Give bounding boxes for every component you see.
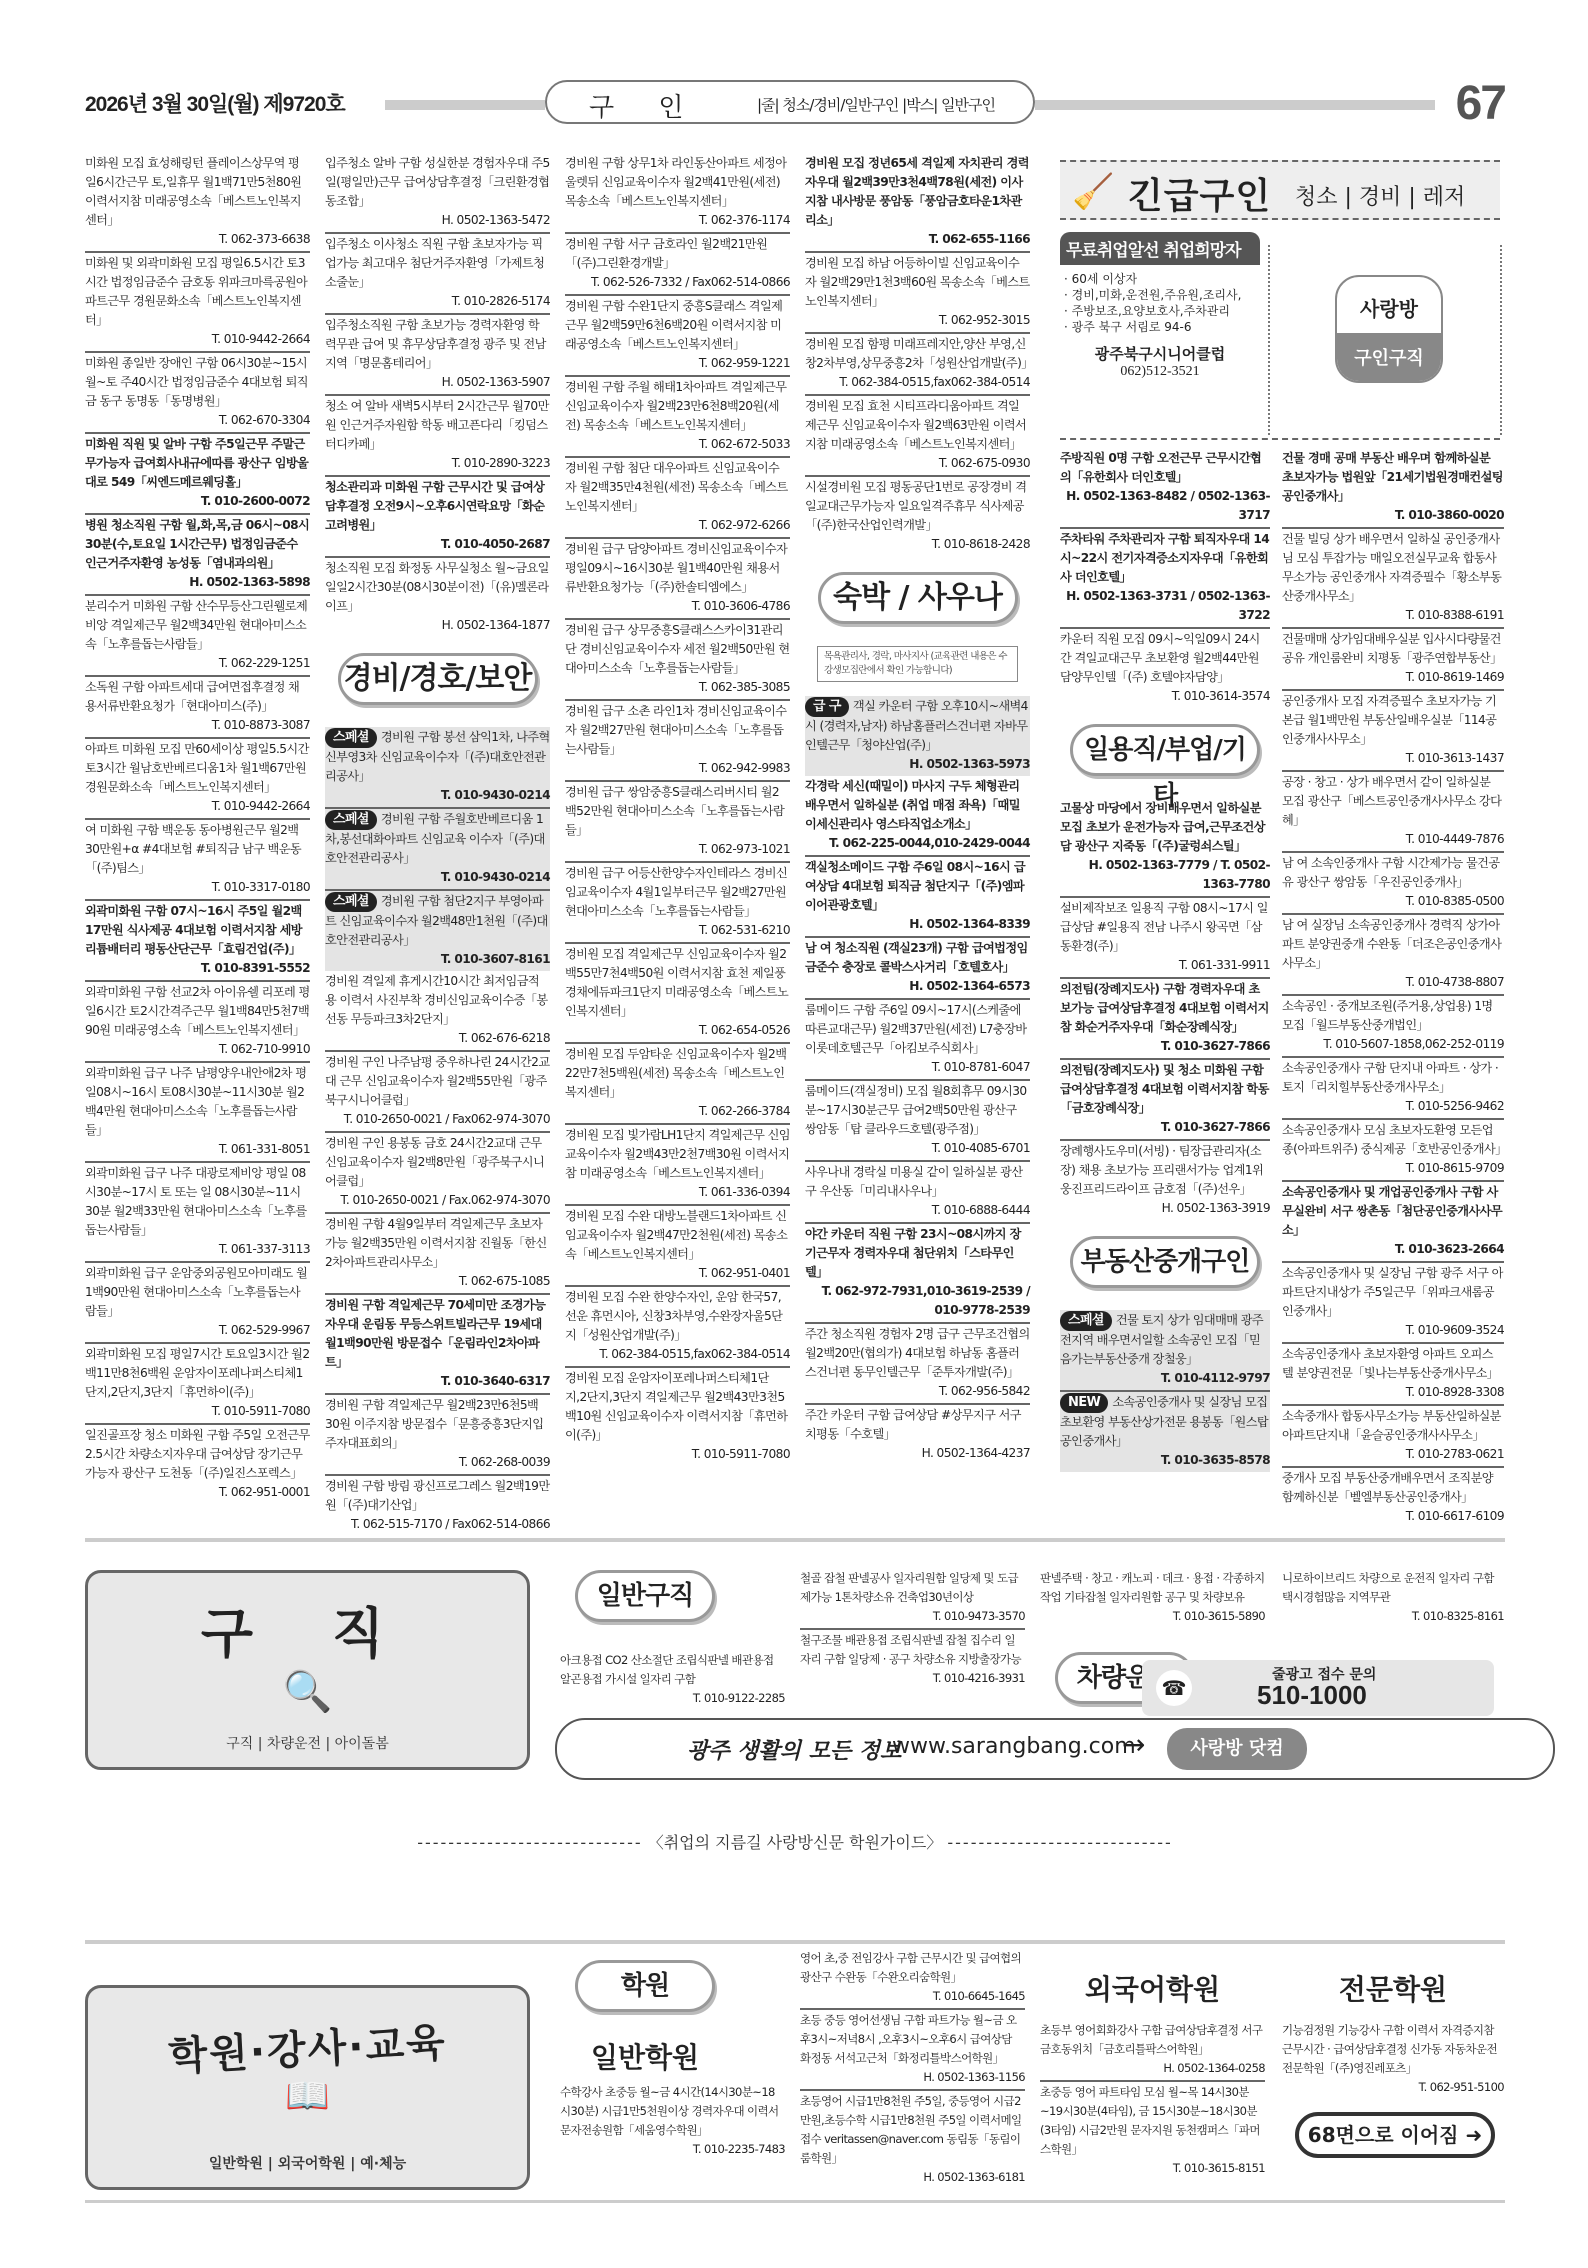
job-ad: 경비원 모집 효천 시티프라디움아파트 격일제근무 신임교육이수자 월2백63만… — [805, 396, 1030, 477]
ad-phone[interactable]: T. 061-337-3113 — [85, 1240, 310, 1259]
badge-special: 스페셜 — [1060, 1311, 1112, 1331]
ad-text: 아파트 미화원 모집 만60세이상 평일5.5시간 토3시간 월남호반베르디움1… — [85, 742, 309, 794]
ad-text: 경비원 모집 격일제근무 신임교육이수자 월2백55만7천4백50원 이력서지참… — [565, 947, 788, 1018]
ad-phone[interactable]: T. 062-385-3085 — [565, 678, 790, 697]
ad-phone[interactable]: T. 010-5911-7080 — [565, 1445, 790, 1464]
column-realestate: 건물 경매 공매 부동산 배우며 함께하실분 초보자가능 법원앞「21세기법원경… — [1282, 448, 1504, 1528]
job-ad: 남 여 소속인중개사 구함 시간제가능 물건공유 광산구 쌍암동「우진공인중개사… — [1282, 853, 1504, 915]
ad-text: 경비원 급구 상무중흥S클래스스카이31관리단 경비신임교육이수자 세전 월2백… — [565, 623, 790, 675]
ad-phone[interactable]: T. 010-6645-1645 — [800, 1987, 1025, 2006]
ad-phone[interactable]: T. 010-8388-6191 — [1282, 606, 1504, 625]
ad-text: 소속공인중개사 모심 초보자도환영 모든업종(아파트위주) 중식제공「호반공인중… — [1282, 1123, 1507, 1156]
job-ad: 소속공인중개사 및 실장님 구함 광주 서구 아파트단지내상가 주5일근무「위파… — [1282, 1263, 1504, 1344]
ad-text: 건물 경매 공매 부동산 배우며 함께하실분 초보자가능 법원앞「21세기법원경… — [1282, 451, 1503, 503]
job-ad: 입주청소 알바 구함 성실한분 경험자우대 주5일(평일만)근무 급여상담후결정… — [325, 153, 550, 234]
ad-text: 경비원 급구 담양아파트 경비신임교육이수자 평일09시~16시30분 월1백4… — [565, 542, 787, 594]
general-search-ads: 아크용접 CO2 산소절단 조립식판넬 배관용접 알곤용접 가시설 일자리 구함… — [560, 1650, 785, 1710]
ad-phone[interactable]: T. 062-515-7170 / Fax062-514-0866 — [325, 1515, 550, 1534]
ad-phone[interactable]: T. 010-5911-7080 — [85, 1402, 310, 1421]
job-ad: 영어 초,중 전임강사 구함 근무시간 및 급여협의 광산구 수완동「수완오리숨… — [800, 1948, 1025, 2010]
job-ad: 경비원 구함 4월9일부터 격일제근무 초보자가능 월2백35만원 이력서지참 … — [325, 1214, 550, 1295]
job-ad: 아파트 미화원 모집 만60세이상 평일5.5시간 토3시간 월남호반베르디움1… — [85, 739, 310, 820]
job-ad: 소속공인중개사 구함 단지내 아파트 · 상가 · 토지「리치힐부동산중개사무소… — [1282, 1058, 1504, 1120]
ad-text: 경비원 모집 수완 대방노블랜드1차아파트 신임교육이수자 월2백47만2천원(… — [565, 1209, 787, 1261]
job-ad: 룸메이드(객실정비) 모집 월8회휴무 09시30분~17시30분근무 급여2백… — [805, 1081, 1030, 1162]
ad-phone[interactable]: T. 062-225-0044,010-2429-0044 — [805, 834, 1030, 853]
ad-text: 청소관리과 미화원 구함 근무시간 및 급여상담후결정 오전9시~오후6시연락요… — [325, 480, 544, 532]
badge-special: 급 구 — [805, 697, 849, 717]
ad-text: 건물 빌딩 상가 배우면서 일하실 공인중개사님 모심 투잡가능 매일오전실무교… — [1282, 532, 1501, 603]
ad-text: 의전팀(장례지도사) 구함 경력자우대 초보가능 급여상담후결정 4대보험 이력… — [1060, 982, 1269, 1034]
website-url[interactable]: www.sarangbang.com — [892, 1734, 1136, 1759]
page-header: 2026년 3월 30일(월) 제9720호 구 인 |줄| 청소/경비/일반구… — [85, 80, 1505, 128]
ad-phone[interactable]: T. 010-9122-2285 — [560, 1689, 785, 1708]
job-ad: 각경락 세신(때밀이) 마사지 구두 체형관리 배우면서 일하실분 (취업 매점… — [805, 776, 1030, 857]
job-ad: 건물매매 상가임대배우실분 입사시다량물건공유 개인룸완비 치평동「광주연합부동… — [1282, 629, 1504, 691]
job-ad: 소속공인중개사 및 개업공인중개사 구함 사무실완비 서구 쌍촌동「첨단공인중개… — [1282, 1182, 1504, 1263]
ad-phone[interactable]: T. 062-951-5100 — [1282, 2078, 1504, 2097]
ad-text: 경비원 구함 상무1차 라인동산아파트 세정아울렛뒤 신임교육이수자 월2백41… — [565, 156, 786, 208]
job-ad: 미화원 모집 효성해링턴 플레이스상무역 평일6시간근무 토,일휴무 월1백71… — [85, 153, 310, 253]
section-header-academy: 학원 — [575, 1960, 715, 2012]
ad-phone[interactable]: T. 010-2235-7483 — [560, 2140, 785, 2159]
job-ad: 경비원 구인 나주남평 중우하나린 24시간2교대 근무 신임교육이수자 월2백… — [325, 1052, 550, 1133]
senior-club-box: 무료취업알선 취업희망자 · 60세 이상자 · 경비,미화,운전원,주유원,조… — [1060, 232, 1260, 432]
badge-new: NEW — [1060, 1393, 1108, 1413]
job-ad: 외곽미화원 구함 선교2차 아이유쉘 리포레 평일6시간 토2시간격주근무 월1… — [85, 982, 310, 1063]
academy-sub: 일반학원 | 외국어학원 | 예·체능 — [88, 2153, 527, 2173]
ad-text: 니로하이브리드 차량으로 운전직 일자리 구함 택시경험많음 지역무관 — [1282, 1571, 1494, 1604]
ad-phone[interactable]: T. 062-972-6266 — [565, 516, 790, 535]
ad-phone[interactable]: T. 062-526-7332 / Fax062-514-0866 — [565, 273, 790, 292]
job-ad: 룸메이드 구함 주6일 09시~17시(스케줄에따른교대근무) 월2백37만원(… — [805, 1000, 1030, 1081]
club-phone: 062)512-3521 — [1060, 364, 1260, 380]
ad-phone[interactable]: H. 0502-1363-1156 — [800, 2068, 1025, 2087]
section-title: 구 인 — [589, 87, 702, 124]
job-ad: 경비원 구함 첨단 대우아파트 신임교육이수자 월2백35만4천원(세전) 목송… — [565, 458, 790, 539]
job-ad: 스페셜건물 토지 상가 임대매매 광주전지역 배우면서일할 소속공인 모집「믿음… — [1060, 1310, 1270, 1392]
job-ad: 소속중개사 합동사무소가능 부동산일하실분 아파트단지내「윤슬공인중개사사무소」… — [1282, 1406, 1504, 1468]
badge-special: 스페셜 — [325, 810, 377, 830]
ad-text: 경비원 모집 수완 한양수자인, 운암 한국57,선운 휴먼시아, 신창3차부영… — [565, 1290, 782, 1342]
ad-phone[interactable]: T. 010-9442-2664 — [85, 330, 310, 349]
ad-phone[interactable]: T. 062-654-0526 — [565, 1021, 790, 1040]
ad-text: 소독원 구함 아파트세대 급여면접후결정 채용서류반환요청가「현대아미스(주)」 — [85, 680, 299, 713]
job-ad: 미화원 직원 및 알바 구함 주5일근무 주말근무가능자 급여회사내규에따름 광… — [85, 434, 310, 515]
ad-text: 병원 청소직원 구함 월,화,목,금 06시~08시30분(수,토요일 1시간근… — [85, 518, 309, 570]
job-ad: 경비원 구함 방림 광신프로그레스 월2백19만원「(주)대기산업」T. 062… — [325, 1476, 550, 1536]
ad-text: 철구조물 배관용접 조립식판넬 잡철 집수리 일자리 구함 일당제 · 공구 차… — [800, 1633, 1021, 1666]
ad-phone[interactable]: H. 0502-1364-8339 — [805, 915, 1030, 934]
ad-phone[interactable]: T. 062-384-0515,fax062-384-0514 — [565, 1345, 790, 1364]
ad-text: 여 미화원 구함 백운동 동아병원근무 월2백30만원+α #4대보험 #퇴직금… — [85, 823, 301, 875]
job-ad: 소속공인중개사 모심 초보자도환영 모든업종(아파트위주) 중식제공「호반공인중… — [1282, 1120, 1504, 1182]
job-ad: 객실청소메이드 구함 주6일 08시~16시 급여상담 4대보험 퇴직금 첨단지… — [805, 857, 1030, 938]
ad-text: 경비원 모집 두암타운 신임교육이수자 월2백22만7천5백원(세전) 목송소속… — [565, 1047, 786, 1099]
ad-phone[interactable]: T. 062-373-6638 — [85, 230, 310, 249]
sarangbang-dotcom-button[interactable]: 사랑방 닷컴 — [1167, 1728, 1307, 1770]
ad-phone[interactable]: T. 062-956-5842 — [805, 1382, 1030, 1401]
ad-phone[interactable]: H. 0502-1363-3919 — [1060, 1199, 1270, 1218]
job-ad: 경비원 구함 수완1단지 중흥S클래스 격일제근무 월2백59만6천6백20원 … — [565, 296, 790, 377]
ad-phone[interactable]: T. 010-3615-5890 — [1040, 1607, 1265, 1626]
ad-text: 수학강사 초중등 월~금 4시간(14시30분~18시30분) 시급1만5천원이… — [560, 2085, 779, 2137]
job-ad: 초중등 영어 파트타임 모심 월~목 14시30분~19시30분(4타임), 금… — [1040, 2082, 1265, 2180]
job-ad: 미화원 종일반 장애인 구함 06시30분~15시 월~토 주40시간 법정임금… — [85, 353, 310, 434]
ad-text: 경비원 모집 효천 시티프라디움아파트 격일제근무 신임교육이수자 월2백63만… — [805, 399, 1026, 451]
section-header-lodging: 숙박 / 사우나 — [818, 572, 1018, 624]
ad-phone[interactable]: T. 010-4050-2687 — [325, 535, 550, 554]
job-ad: 소속공인 · 중개보조원(주거용,상업용) 1명 모집「월드부동산중개법인」T.… — [1282, 996, 1504, 1058]
ad-phone[interactable]: H. 0502-1364-1877 — [325, 616, 550, 635]
ad-phone[interactable]: T. 062-531-6210 — [565, 921, 790, 940]
ad-phone[interactable]: T. 010-9609-3524 — [1282, 1321, 1504, 1340]
ad-phone[interactable]: T. 062-952-3015 — [805, 311, 1030, 330]
column-cleaning-security: 입주청소 알바 구함 성실한분 경험자우대 주5일(평일만)근무 급여상담후결정… — [325, 153, 550, 1536]
subhead-specialty: 전문학원 — [1282, 1968, 1504, 2008]
job-search-title: 구 직 — [88, 1591, 527, 1668]
ad-phone[interactable]: T. 010-3614-3574 — [1060, 687, 1270, 706]
ad-text: 남 여 소속인중개사 구함 시간제가능 물건공유 광산구 쌍암동「우진공인중개사… — [1282, 856, 1500, 889]
ad-text: 카운터 직원 모집 09시~익일09시 24시간 격일교대근무 초보환영 월2백… — [1060, 632, 1260, 684]
ad-text: 주차타워 주차관리자 구함 퇴직자우대 14시~22시 전기자격증소지자우대「유… — [1060, 532, 1269, 584]
subhead-foreign-language: 외국어학원 — [1040, 1968, 1265, 2008]
ad-text: 미화원 종일반 장애인 구함 06시30분~15시 월~토 주40시간 법정임금… — [85, 356, 308, 408]
ad-text: 소속공인중개사 구함 단지내 아파트 · 상가 · 토지「리치힐부동산중개사무소… — [1282, 1061, 1498, 1094]
ad-text: 미화원 및 외곽미화원 모집 평일6.5시간 토3시간 법정임금준수 금호동 위… — [85, 256, 307, 327]
job-ad: 초등부 영어회화강사 구함 급여상담후결정 서구 금호동위치「금호리틀팍스어학원… — [1040, 2020, 1265, 2082]
ad-phone[interactable]: H. 0502-1364-4237 — [805, 1444, 1030, 1463]
ad-phone[interactable]: T. 062-675-1085 — [325, 1272, 550, 1291]
ad-phone[interactable]: H. 0502-1363-5973 — [805, 755, 1030, 774]
ad-text: 외곽미화원 급구 운암중외공원모아미래도 월1백90만원 현대아미스소속「노후를… — [85, 1266, 307, 1318]
column-hotel-daily: 주방직원 0명 구함 오전근무 근무시간협의「유한회사 더인호텔」H. 0502… — [1060, 448, 1270, 1472]
ad-phone[interactable]: T. 010-3613-1437 — [1282, 749, 1504, 768]
ad-text: 건물매매 상가임대배우실분 입사시다량물건공유 개인룸완비 치평동「광주연합부동… — [1282, 632, 1502, 665]
divider — [85, 1940, 1505, 1944]
job-search-sub: 구직 | 차량운전 | 아이돌봄 — [88, 1733, 527, 1753]
ad-phone[interactable]: T. 062-376-1174 — [565, 211, 790, 230]
ad-phone[interactable]: H. 0502-1363-5907 — [325, 373, 550, 392]
ad-phone[interactable]: T. 010-2826-5174 — [325, 292, 550, 311]
job-ad: 경비원 구함 격일제근무 월2백23만6천5백30원 이주지참 방문접수「문흥중… — [325, 1395, 550, 1476]
job-ad: 건물 경매 공매 부동산 배우며 함께하실분 초보자가능 법원앞「21세기법원경… — [1282, 448, 1504, 529]
ad-text: 경비원 모집 하남 어등하이빌 신임교육이수자 월2백29만1천3백60원 목송… — [805, 256, 1030, 308]
section-subtitle: |줄| 청소/경비/일반구인 |박스| 일반구인 — [757, 94, 995, 115]
ad-phone[interactable]: T. 062-268-0039 — [325, 1453, 550, 1472]
ad-phone[interactable]: T. 062-959-1221 — [565, 354, 790, 373]
job-ad: 의전팀(장례지도사) 및 청소 미화원 구함 급여상담후결정 4대보험 이력서지… — [1060, 1060, 1270, 1141]
ad-phone[interactable]: T. 010-8385-0500 — [1282, 892, 1504, 911]
club-name: 광주북구시니어클럽 — [1060, 343, 1260, 364]
job-ad: 장례행사도우미(서빙) · 팀장급관리자(소장) 채용 초보가능 프리랜서가능 … — [1060, 1141, 1270, 1220]
page-number: 67 — [1456, 76, 1505, 131]
section-header-daily: 일용직/부업/기타 — [1070, 724, 1260, 776]
ad-text: 경비원 모집 함평 미래프레지안,양산 부영,신창2차부영,상무중흥2차「성원산… — [805, 337, 1033, 370]
ad-text: 청소직원 모집 화정동 사무실청소 월~금요일 일일2시간30분(08시30분이… — [325, 561, 549, 613]
job-ad: 분리수거 미화원 구함 산수무등산그린웰로제비앙 격일제근무 월2백34만원 현… — [85, 596, 310, 677]
job-ad: 청소 여 알바 새벽5시부터 2시간근무 월70만원 인근거주자원함 학동 배고… — [325, 396, 550, 477]
job-ad: 경비원 구함 상무1차 라인동산아파트 세정아울렛뒤 신임교육이수자 월2백41… — [565, 153, 790, 234]
ad-text: 소속공인중개사 및 개업공인중개사 구함 사무실완비 서구 쌍촌동「첨단공인중개… — [1282, 1185, 1502, 1237]
ad-phone[interactable]: T. 010-2890-3223 — [325, 454, 550, 473]
ad-phone[interactable]: T. 010-8619-1469 — [1282, 668, 1504, 687]
ad-text: 소속공인중개사 및 실장님 구함 광주 서구 아파트단지내상가 주5일근무「위파… — [1282, 1266, 1503, 1318]
job-ad: 외곽미화원 급구 나주 대광로제비앙 평일 08시30분~17시 토 또는 일 … — [85, 1163, 310, 1263]
ad-phone[interactable]: T. 062-670-3304 — [85, 411, 310, 430]
ad-text: 분리수거 미화원 구함 산수무등산그린웰로제비앙 격일제근무 월2백34만원 현… — [85, 599, 307, 651]
ad-phone[interactable]: T. 010-4738-8807 — [1282, 973, 1504, 992]
job-ad: 외곽미화원 모집 평일7시간 토요일3시간 월2백11만8천6백원 운암자이포레… — [85, 1344, 310, 1425]
ad-text: 외곽미화원 급구 나주 남평양우내안애2차 평일08시~16시 토08시30분~… — [85, 1066, 306, 1137]
website-banner[interactable]: 광주 생활의 모든 정보 www.sarangbang.com → 사랑방 닷컴 — [555, 1718, 1555, 1780]
ad-phone[interactable]: T. 010-3860-0020 — [1282, 506, 1504, 525]
ad-phone[interactable]: T. 062-384-0515,fax062-384-0514 — [805, 373, 1030, 392]
ad-text: 경비원 구함 서구 금호라인 월2백21만원「(주)그린환경개발」 — [565, 237, 767, 270]
ad-text: 시설경비원 모집 평동공단1번로 공장경비 격일교대근무가능자 일요일격주휴무 … — [805, 480, 1026, 532]
section-header-security: 경비/경호/보안 — [338, 653, 538, 705]
urgent-title: 긴급구인 — [1128, 168, 1271, 219]
ad-phone[interactable]: T. 010-4216-3931 — [800, 1669, 1025, 1688]
job-ad: 입주청소 이사청소 직원 구함 초보자가능 픽업가능 최고대우 첨단거주자환영「… — [325, 234, 550, 315]
foreign-language-ads: 초등부 영어회화강사 구함 급여상담후결정 서구 금호동위치「금호리틀팍스어학원… — [1040, 2020, 1265, 2180]
ad-phone[interactable]: T. 062-676-6218 — [325, 1029, 550, 1048]
lodging-note: 목욕관리사, 경락, 마사지사 (교육관련 내용은 수강생모집란에서 확인 가능… — [817, 646, 1018, 682]
general-academy-ads-2: 영어 초,중 전임강사 구함 근무시간 및 급여협의 광산구 수완동「수완오리숨… — [800, 1948, 1025, 2189]
ad-phone[interactable]: T. 010-9430-0214 — [325, 786, 550, 805]
job-ad: 판넬주택 · 창고 · 캐노피 · 데크 · 용접 · 각종하지작업 기타잡철 … — [1040, 1568, 1265, 1628]
job-ad: 철골 잡철 판넬공사 일자리원함 일당제 및 도급제가능 1톤차량소유 건축업3… — [800, 1568, 1025, 1630]
ad-text: 판넬주택 · 창고 · 캐노피 · 데크 · 용접 · 각종하지작업 기타잡철 … — [1040, 1571, 1264, 1604]
job-ad: 소속공인중개사 초보자환영 아파트 오피스텔 분양권전문「빛나는부동산중개사무소… — [1282, 1344, 1504, 1406]
bullet-item: · 광주 북구 서림로 94-6 — [1064, 319, 1260, 335]
ad-phone[interactable]: T. 061-336-0394 — [565, 1183, 790, 1202]
ad-phone[interactable]: T. 010-6888-6444 — [805, 1201, 1030, 1220]
ad-phone[interactable]: T. 062-973-1021 — [565, 840, 790, 859]
ad-text: 미화원 직원 및 알바 구함 주5일근무 주말근무가능자 급여회사내규에따름 광… — [85, 437, 308, 489]
ad-text: 경비원 구함 첨단 대우아파트 신임교육이수자 월2백35만4천원(세전) 목송… — [565, 461, 788, 513]
job-ad: 여 미화원 구함 백운동 동아병원근무 월2백30만원+α #4대보험 #퇴직금… — [85, 820, 310, 901]
job-ad: NEW소속공인중개사 및 실장님 모집 초보환영 부동산상가전문 용봉동「원스탑… — [1060, 1392, 1270, 1472]
job-ad: 경비원 급구 어등산한양수자인테라스 경비신임교육이수자 4월1일부터근무 월2… — [565, 863, 790, 944]
ad-text: 소속중개사 합동사무소가능 부동산일하실분 아파트단지내「윤슬공인중개사사무소」 — [1282, 1409, 1501, 1442]
ad-text: 사우나내 경락실 미용실 같이 일하실분 광산구 우산동「미리내사우나」 — [805, 1165, 1023, 1198]
ad-phone[interactable]: T. 010-3635-8578 — [1060, 1451, 1270, 1470]
ad-phone[interactable]: T. 010-3627-7866 — [1060, 1118, 1270, 1137]
ad-phone[interactable]: T. 010-8928-3308 — [1282, 1383, 1504, 1402]
ad-text: 경비원 구함 격일제근무 70세미만 조경가능자우대 운림동 무등스위트빌라근무… — [325, 1298, 545, 1369]
job-ad: 경비원 모집 빛가람LH1단지 격일제근무 신임교육이수자 월2백43만2천7백… — [565, 1125, 790, 1206]
general-search-ads-2: 철골 잡철 판넬공사 일자리원함 일당제 및 도급제가능 1톤차량소유 건축업3… — [800, 1568, 1025, 1690]
ad-phone[interactable]: T. 010-2650-0021 / Fax.062-974-3070 — [325, 1191, 550, 1210]
sarangbang-app-icon[interactable]: 사랑방 구인구직 — [1335, 275, 1443, 383]
issue-date: 2026년 3월 30일(월) 제9720호 — [85, 88, 345, 118]
job-ad: 청소직원 모집 화정동 사무실청소 월~금요일 일일2시간30분(08시30분이… — [325, 558, 550, 637]
guide-title: 〈취업의 지름길 사랑방신문 학원가이드〉 — [648, 1833, 943, 1852]
job-ad: 주간 카운터 구함 급여상담 #상무지구 서구 치평동「수호텔」H. 0502-… — [805, 1405, 1030, 1465]
ad-phone[interactable]: H. 0502-1364-0258 — [1040, 2059, 1265, 2078]
ad-text: 설비제작보조 일용직 구함 08시~17시 일급상담 #일용직 전남 나주시 왕… — [1060, 901, 1268, 953]
job-ad: 아크용접 CO2 산소절단 조립식판넬 배관용접 알곤용접 가시설 일자리 구함… — [560, 1650, 785, 1710]
app-name: 사랑방 — [1337, 277, 1441, 333]
ad-phone[interactable]: H. 0502-1363-8482 / 0502-1363-3717 — [1060, 487, 1270, 525]
ad-phone[interactable]: T. 062-266-3784 — [565, 1102, 790, 1121]
continue-page-68-button[interactable]: 68면으로 이어짐 ➜ — [1295, 2112, 1495, 2158]
job-ad: 주간 청소직원 경험자 2명 급구 근무조건협의 월2백20만(협의가) 4대보… — [805, 1324, 1030, 1405]
free-placement-label: 무료취업알선 취업희망자 — [1060, 232, 1260, 265]
job-ad: 초등 중등 영어선생님 구함 파트가능 월~금 오후3시~저녁8시 ,오후3시~… — [800, 2010, 1025, 2091]
job-ad: 경비원 모집 운암자이포레나퍼스티체1단지,2단지,3단지 격일제근무 월2백4… — [565, 1368, 790, 1466]
ad-phone[interactable]: T. 062-951-0401 — [565, 1264, 790, 1283]
ad-phone[interactable]: T. 010-9473-3570 — [800, 1607, 1025, 1626]
driving-ads: 니로하이브리드 차량으로 운전직 일자리 구함 택시경험많음 지역무관T. 01… — [1282, 1568, 1504, 1628]
bullet-item: · 60세 이상자 — [1064, 271, 1260, 287]
academy-guide-line: ----------------------------- 〈취업의 지름길 사… — [85, 1830, 1505, 1853]
header-rule — [1035, 100, 1435, 110]
ad-text: 장례행사도우미(서빙) · 팀장급관리자(소장) 채용 초보가능 프리랜서가능 … — [1060, 1144, 1263, 1196]
ad-text: 입주청소 알바 구함 성실한분 경험자우대 주5일(평일만)근무 급여상담후결정… — [325, 156, 550, 208]
job-ad: 남 여 청소직원 (객실23개) 구함 급여법정임금준수 충장로 콜박스사거리「… — [805, 938, 1030, 1000]
ad-phone[interactable]: T. 010-5256-9462 — [1282, 1097, 1504, 1116]
ad-phone[interactable]: T. 010-3317-0180 — [85, 878, 310, 897]
ad-phone[interactable]: T. 010-4449-7876 — [1282, 830, 1504, 849]
ad-text: 주방직원 0명 구함 오전근무 근무시간협의「유한회사 더인호텔」 — [1060, 451, 1261, 484]
job-ad: 경비원 모집 격일제근무 신임교육이수자 월2백55만7천4백50원 이력서지참… — [565, 944, 790, 1044]
ad-phone[interactable]: T. 062-675-0930 — [805, 454, 1030, 473]
job-ad: 경비원 모집 수완 대방노블랜드1차아파트 신임교육이수자 월2백47만2천원(… — [565, 1206, 790, 1287]
ad-phone[interactable]: T. 010-6617-6109 — [1282, 1507, 1504, 1526]
job-ad: 경비원 모집 하남 어등하이빌 신임교육이수자 월2백29만1천3백60원 목송… — [805, 253, 1030, 334]
ad-phone[interactable]: T. 010-2783-0621 — [1282, 1445, 1504, 1464]
ad-text: 룸메이드(객실정비) 모집 월8회휴무 09시30분~17시30분근무 급여2백… — [805, 1084, 1027, 1136]
ad-text: 입주청소 이사청소 직원 구함 초보자가능 픽업가능 최고대우 첨단거주자환영「… — [325, 237, 544, 289]
ad-phone[interactable]: T. 010-3623-2664 — [1282, 1240, 1504, 1259]
job-ad: 건물 빌딩 상가 배우면서 일하실 공인중개사님 모심 투잡가능 매일오전실무교… — [1282, 529, 1504, 629]
ad-phone[interactable]: H. 0502-1363-5472 — [325, 211, 550, 230]
subhead-general-academy: 일반학원 — [575, 2036, 715, 2076]
ad-text: 의전팀(장례지도사) 및 청소 미화원 구함 급여상담후결정 4대보험 이력서지… — [1060, 1063, 1269, 1115]
ad-phone[interactable]: T. 062-710-9910 — [85, 1040, 310, 1059]
job-ad: 시설경비원 모집 평동공단1번로 공장경비 격일교대근무가능자 일요일격주휴무 … — [805, 477, 1030, 556]
ad-text: 철골 잡철 판넬공사 일자리원함 일당제 및 도급제가능 1톤차량소유 건축업3… — [800, 1571, 1018, 1604]
job-ad: 주차타워 주차관리자 구함 퇴직자우대 14시~22시 전기자격증소지자우대「유… — [1060, 529, 1270, 629]
ad-phone[interactable]: T. 010-2650-0021 / Fax062-974-3070 — [325, 1110, 550, 1129]
ad-phone[interactable]: T. 062-529-9967 — [85, 1321, 310, 1340]
ad-phone[interactable]: T. 010-4112-9797 — [1060, 1369, 1270, 1388]
ad-text: 객실청소메이드 구함 주6일 08시~16시 급여상담 4대보험 퇴직금 첨단지… — [805, 860, 1025, 912]
ad-text: 미화원 모집 효성해링턴 플레이스상무역 평일6시간근무 토,일휴무 월1백71… — [85, 156, 301, 227]
job-ad: 카운터 직원 모집 09시~익일09시 24시간 격일교대근무 초보환영 월2백… — [1060, 629, 1270, 708]
ad-phone[interactable]: T. 062-672-5033 — [565, 435, 790, 454]
ad-inquiry-box: ☎ 줄광고 접수 문의 510-1000 — [1142, 1660, 1494, 1716]
ad-phone[interactable]: T. 010-3627-7866 — [1060, 1037, 1270, 1056]
job-ad: 경비원 모집 함평 미래프레지안,양산 부영,신창2차부영,상무중흥2차「성원산… — [805, 334, 1030, 396]
ad-phone[interactable]: H. 0502-1363-3731 / 0502-1363-3722 — [1060, 587, 1270, 625]
job-ad: 경비원 급구 상무중흥S클래스스카이31관리단 경비신임교육이수자 세전 월2백… — [565, 620, 790, 701]
job-ad: 경비원 급구 소촌 라인1차 경비신임교육이수자 월2백27만원 현대아미스소속… — [565, 701, 790, 782]
ad-phone[interactable]: T. 010-3615-8151 — [1040, 2159, 1265, 2178]
ad-text: 외곽미화원 구함 07시~16시 주5일 월2백17만원 식사제공 4대보험 이… — [85, 904, 302, 956]
job-ad: 스페셜경비원 구함 주월호반베르디움 1차,봉선대화아파트 신임교육 이수자「(… — [325, 809, 550, 891]
job-ad: 경비원 급구 담양아파트 경비신임교육이수자 평일09시~16시30분 월1백4… — [565, 539, 790, 620]
ad-phone[interactable]: T. 010-8325-8161 — [1282, 1607, 1504, 1626]
job-ad: 스페셜경비원 구함 봉선 삼익1차, 나주혁신부영3차 신임교육이수자「(주)대… — [325, 727, 550, 809]
ad-phone[interactable]: T. 010-8391-5552 — [85, 959, 310, 978]
job-ad: 경비원 격일제 휴게시간10시간 최저임금적용 이력서 사진부착 경비신임교육이… — [325, 971, 550, 1052]
ad-text: 소속공인중개사 초보자환영 아파트 오피스텔 분양권전문「빛나는부동산중개사무소… — [1282, 1347, 1498, 1380]
section-header-general-search: 일반구직 — [575, 1570, 715, 1622]
job-ad: 청소관리과 미화원 구함 근무시간 및 급여상담후결정 오전9시~오후6시연락요… — [325, 477, 550, 558]
job-ad: 주방직원 0명 구함 오전근무 근무시간협의「유한회사 더인호텔」H. 0502… — [1060, 448, 1270, 529]
job-ad: 급 구객실 카운터 구함 오후10시~새벽4시 (경력자,남자) 하남홈플러스건… — [805, 696, 1030, 776]
job-ad: 공인중개사 모집 자격증필수 초보자가능 기본급 월1백만원 부동산일배우실분「… — [1282, 691, 1504, 772]
section-title-pill: 구 인 |줄| 청소/경비/일반구인 |박스| 일반구인 — [545, 80, 1035, 124]
ad-phone[interactable]: T. 010-9442-2664 — [85, 797, 310, 816]
job-ad: 스페셜경비원 구함 첨단2지구 부영아파트 신임교육이수자 월2백48만1천원「… — [325, 891, 550, 971]
ad-phone[interactable]: T. 010-3640-6317 — [325, 1372, 550, 1391]
job-ad: 경비원 급구 쌍암중흥S클래스리버시티 월2백52만원 현대아미스소속「노후를돕… — [565, 782, 790, 863]
ad-phone[interactable]: T. 010-8615-9709 — [1282, 1159, 1504, 1178]
ad-phone[interactable]: T. 062-655-1166 — [805, 230, 1030, 249]
ad-text: 룸메이드 구함 주6일 09시~17시(스케줄에따른교대근무) 월2백37만원(… — [805, 1003, 1026, 1055]
ad-phone[interactable]: T. 010-8873-3087 — [85, 716, 310, 735]
ad-phone[interactable]: T. 010-8618-2428 — [805, 535, 1030, 554]
ad-phone[interactable]: T. 010-8781-6047 — [805, 1058, 1030, 1077]
general-search-ads-3: 판넬주택 · 창고 · 캐노피 · 데크 · 용접 · 각종하지작업 기타잡철 … — [1040, 1568, 1265, 1628]
job-ad: 경비원 구함 격일제근무 70세미만 조경가능자우대 운림동 무등스위트빌라근무… — [325, 1295, 550, 1395]
urgent-subtitle: 청소 | 경비 | 레저 — [1295, 180, 1465, 211]
academy-banner: 학원·강사·교육 📖 일반학원 | 외국어학원 | 예·체능 — [85, 1985, 530, 2190]
ad-phone[interactable]: T. 061-331-8051 — [85, 1140, 310, 1159]
ad-text: 외곽미화원 급구 나주 대광로제비앙 평일 08시30분~17시 토 또는 일 … — [85, 1166, 307, 1237]
ad-phone[interactable]: T. 062-942-9983 — [565, 759, 790, 778]
job-ad: 경비원 모집 두암타운 신임교육이수자 월2백22만7천5백원(세전) 목송소속… — [565, 1044, 790, 1125]
ad-text: 초등 중등 영어선생님 구함 파트가능 월~금 오후3시~저녁8시 ,오후3시~… — [800, 2013, 1017, 2065]
ad-phone[interactable]: T. 010-3607-8161 — [325, 950, 550, 969]
header-rule — [385, 100, 545, 110]
ad-phone[interactable]: T. 010-4085-6701 — [805, 1139, 1030, 1158]
job-ad: 고물상 마당에서 장비배우면서 일하실분 모집 초보가 운전가능자 급여,근무조… — [1060, 798, 1270, 898]
ad-text: 경비원 구인 용봉동 금호 24시간2교대 근무 신임교육이수자 월2백8만원「… — [325, 1136, 544, 1188]
ad-text: 기능검정원 기능강사 구함 이력서 자격증지참 근무시간 · 급여상담후결정 신… — [1282, 2023, 1497, 2075]
ad-phone[interactable]: T. 010-5607-1858,062-252-0119 — [1282, 1035, 1504, 1054]
ad-text: 일진골프장 청소 미화원 구함 주5일 오전근무 2.5시간 차량소지자우대 급… — [85, 1428, 310, 1480]
specialty-ads: 기능검정원 기능강사 구함 이력서 자격증지참 근무시간 · 급여상담후결정 신… — [1282, 2020, 1504, 2099]
job-ad: 경비원 모집 정년65세 격일제 자치관리 경력자우대 월2백39만3천4백78… — [805, 153, 1030, 253]
ad-phone[interactable]: T. 061-331-9911 — [1060, 956, 1270, 975]
ad-text: 남 여 청소직원 (객실23개) 구함 급여법정임금준수 충장로 콜박스사거리「… — [805, 941, 1028, 974]
ad-text: 경비원 모집 정년65세 격일제 자치관리 경력자우대 월2백39만3천4백78… — [805, 156, 1029, 227]
ad-text: 경비원 급구 어등산한양수자인테라스 경비신임교육이수자 4월1일부터근무 월2… — [565, 866, 787, 918]
ad-phone[interactable]: T. 010-3606-4786 — [565, 597, 790, 616]
inquiry-phone: 510-1000 — [1257, 1680, 1367, 1711]
ad-phone[interactable]: T. 010-9430-0214 — [325, 868, 550, 887]
ad-text: 공장 · 창고 · 상가 배우면서 같이 일하실분 모집 광산구「베스트공인중개… — [1282, 775, 1501, 827]
ad-phone[interactable]: T. 062-972-7931,010-3619-2539 / 010-9778… — [805, 1282, 1030, 1320]
ad-text: 초등영어 시급1만8천원 주5일, 중등영어 시급2만원,초등수학 시급1만8천… — [800, 2094, 1022, 2165]
slogan: 광주 생활의 모든 정보 — [687, 1734, 901, 1765]
ad-text: 아크용접 CO2 산소절단 조립식판넬 배관용접 알곤용접 가시설 일자리 구함 — [560, 1653, 773, 1686]
ad-phone[interactable]: H. 0502-1363-6181 — [800, 2168, 1025, 2187]
job-ad: 경비원 구인 용봉동 금호 24시간2교대 근무 신임교육이수자 월2백8만원「… — [325, 1133, 550, 1214]
ad-phone[interactable]: T. 010-2600-0072 — [85, 492, 310, 511]
ad-phone[interactable]: T. 062-229-1251 — [85, 654, 310, 673]
ad-phone[interactable]: T. 062-951-0001 — [85, 1483, 310, 1502]
ad-phone[interactable]: H. 0502-1363-7779 / T. 0502-1363-7780 — [1060, 856, 1270, 894]
ad-phone[interactable]: H. 0502-1363-5898 — [85, 573, 310, 592]
ad-text: 남 여 실장님 소속공인중개사 경력직 상가아파트 분양권중개 수완동「더조은공… — [1282, 918, 1501, 970]
ad-phone[interactable]: H. 0502-1364-6573 — [805, 977, 1030, 996]
